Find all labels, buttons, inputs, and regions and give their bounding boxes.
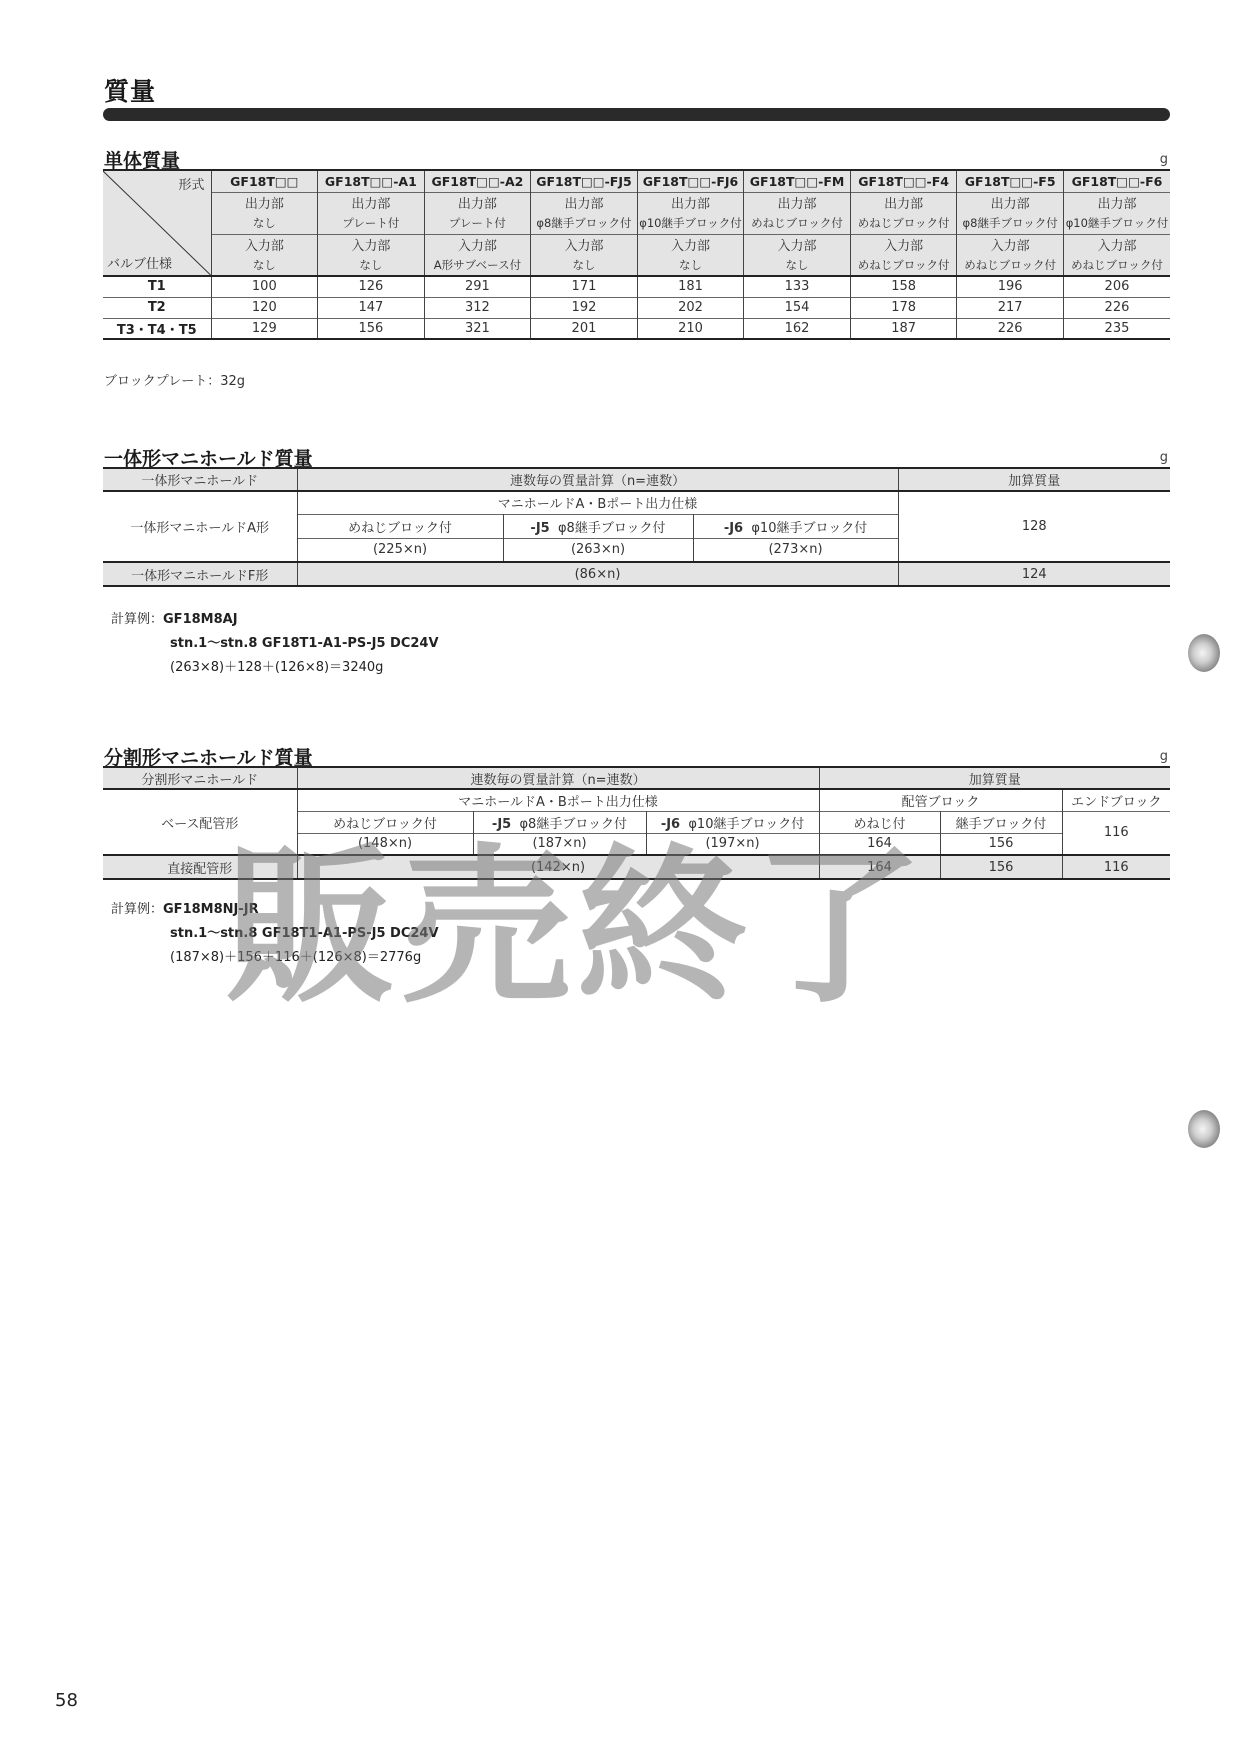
weight-value: 178 (850, 297, 957, 318)
weight-value: 321 (424, 318, 531, 339)
model-header-6: GF18T□□-F4 (850, 170, 957, 192)
header-additional-weight: 加算質量 (819, 767, 1170, 789)
weight-value: 129 (211, 318, 318, 339)
integrated-example-line1: 計算例：GF18M8AJ (111, 608, 238, 627)
table-row: T2120147312192202154178217226 (103, 297, 1170, 318)
weight-value: 156 (318, 318, 425, 339)
formula-j5: (263×n) (503, 538, 693, 562)
output-spec-4: φ10継手ブロック付 (637, 213, 744, 234)
formula-j6: (273×n) (693, 538, 898, 562)
weight-value: 206 (1063, 276, 1170, 297)
integrated-manifold-table: 一体形マニホールド 連数毎の質量計算（n=連数） 加算質量 一体形マニホールドA… (103, 467, 1170, 587)
weight-value: 291 (424, 276, 531, 297)
weight-value: 100 (211, 276, 318, 297)
header-calc: 連数毎の質量計算（n=連数） (297, 468, 898, 491)
table-row: T1100126291171181133158196206 (103, 276, 1170, 297)
corner-header-cell: 形式 バルブ仕様 (103, 170, 211, 276)
option-female-thread: めねじブロック付 (297, 514, 503, 538)
header-manifold-type: 分割形マニホールド (103, 767, 297, 789)
weight-value: 217 (957, 297, 1064, 318)
output-label-4: 出力部 (637, 192, 744, 213)
model-header-2: GF18T□□-A2 (424, 170, 531, 192)
row-a-additional: 128 (898, 491, 1170, 562)
input-spec-1: なし (318, 255, 425, 276)
integrated-example-line2: stn.1～stn.8 GF18T1-A1-PS-J5 DC24V (170, 632, 439, 651)
weight-value: 202 (637, 297, 744, 318)
table-row: T3・T4・T5129156321201210162187226235 (103, 318, 1170, 339)
input-label-8: 入力部 (1063, 234, 1170, 255)
weight-value: 181 (637, 276, 744, 297)
output-label-0: 出力部 (211, 192, 318, 213)
row-direct-female: 164 (819, 855, 940, 879)
corner-bottom-label: バルブ仕様 (107, 253, 172, 272)
input-spec-0: なし (211, 255, 318, 276)
input-spec-8: めねじブロック付 (1063, 255, 1170, 276)
model-header-5: GF18T□□-FM (744, 170, 851, 192)
split-manifold-unit: g (1160, 749, 1168, 764)
row-base-fitting: 156 (940, 833, 1062, 855)
weight-value: 312 (424, 297, 531, 318)
output-label-2: 出力部 (424, 192, 531, 213)
split-example-line3: (187×8)＋156＋116＋(126×8)＝2776g (170, 946, 421, 965)
header-calc: 連数毎の質量計算（n=連数） (297, 767, 819, 789)
weight-value: 201 (531, 318, 638, 339)
input-label-7: 入力部 (957, 234, 1064, 255)
formula-j5: (187×n) (473, 833, 646, 855)
output-spec-2: プレート付 (424, 213, 531, 234)
model-header-8: GF18T□□-F6 (1063, 170, 1170, 192)
end-block-header: エンドブロック (1062, 789, 1170, 811)
output-label-5: 出力部 (744, 192, 851, 213)
weight-value: 126 (318, 276, 425, 297)
weight-value: 162 (744, 318, 851, 339)
output-label-1: 出力部 (318, 192, 425, 213)
valve-spec-label: T1 (103, 276, 211, 297)
row-direct-formula: (142×n) (297, 855, 819, 879)
header-additional-weight: 加算質量 (898, 468, 1170, 491)
weight-value: 133 (744, 276, 851, 297)
valve-spec-label: T3・T4・T5 (103, 318, 211, 339)
output-spec-7: φ8継手ブロック付 (957, 213, 1064, 234)
unit-weight-unit: g (1160, 152, 1168, 167)
title-divider-bar (103, 108, 1170, 121)
block-plate-note: ブロックプレート：32g (104, 370, 245, 389)
weight-value: 210 (637, 318, 744, 339)
option-female-thread: めねじブロック付 (297, 811, 473, 833)
weight-value: 120 (211, 297, 318, 318)
input-label-6: 入力部 (850, 234, 957, 255)
row-a-label: 一体形マニホールドA形 (103, 491, 297, 562)
weight-value: 187 (850, 318, 957, 339)
page-number: 58 (55, 1690, 78, 1711)
port-spec-header: マニホールドA・Bポート出力仕様 (297, 789, 819, 811)
output-spec-8: φ10継手ブロック付 (1063, 213, 1170, 234)
row-base-female: 164 (819, 833, 940, 855)
weight-value: 192 (531, 297, 638, 318)
input-spec-6: めねじブロック付 (850, 255, 957, 276)
formula-j6: (197×n) (646, 833, 819, 855)
weight-value: 226 (1063, 297, 1170, 318)
output-spec-3: φ8継手ブロック付 (531, 213, 638, 234)
output-label-3: 出力部 (531, 192, 638, 213)
header-manifold-type: 一体形マニホールド (103, 468, 297, 491)
row-f-label: 一体形マニホールドF形 (103, 562, 297, 586)
option-j5: -J5 φ8継手ブロック付 (503, 514, 693, 538)
model-header-0: GF18T□□ (211, 170, 318, 192)
split-example-line2: stn.1～stn.8 GF18T1-A1-PS-J5 DC24V (170, 922, 439, 941)
row-direct-end: 116 (1062, 855, 1170, 879)
row-f-formula: (86×n) (297, 562, 898, 586)
input-spec-4: なし (637, 255, 744, 276)
row-direct-fitting: 156 (940, 855, 1062, 879)
output-spec-0: なし (211, 213, 318, 234)
weight-value: 147 (318, 297, 425, 318)
input-label-0: 入力部 (211, 234, 318, 255)
corner-top-label: 形式 (179, 174, 205, 193)
input-spec-2: A形サブベース付 (424, 255, 531, 276)
row-base-end: 116 (1062, 811, 1170, 855)
option-j6: -J6 φ10継手ブロック付 (693, 514, 898, 538)
option-j5: -J5 φ8継手ブロック付 (473, 811, 646, 833)
input-spec-3: なし (531, 255, 638, 276)
row-f-additional: 124 (898, 562, 1170, 586)
model-header-7: GF18T□□-F5 (957, 170, 1064, 192)
model-header-3: GF18T□□-FJ5 (531, 170, 638, 192)
output-spec-5: めねじブロック付 (744, 213, 851, 234)
input-spec-7: めねじブロック付 (957, 255, 1064, 276)
row-base-label: ベース配管形 (103, 789, 297, 855)
input-label-1: 入力部 (318, 234, 425, 255)
input-label-3: 入力部 (531, 234, 638, 255)
formula-female-thread: (225×n) (297, 538, 503, 562)
weight-value: 235 (1063, 318, 1170, 339)
model-header-1: GF18T□□-A1 (318, 170, 425, 192)
integrated-example-line3: (263×8)＋128＋(126×8)＝3240g (170, 656, 383, 675)
output-spec-1: プレート付 (318, 213, 425, 234)
piping-female-header: めねじ付 (819, 811, 940, 833)
output-spec-6: めねじブロック付 (850, 213, 957, 234)
split-example-line1: 計算例：GF18M8NJ-JR (111, 898, 259, 917)
input-spec-5: なし (744, 255, 851, 276)
weight-value: 226 (957, 318, 1064, 339)
binder-hole-icon (1188, 1110, 1220, 1148)
piping-block-header: 配管ブロック (819, 789, 1062, 811)
valve-spec-label: T2 (103, 297, 211, 318)
piping-fitting-header: 継手ブロック付 (940, 811, 1062, 833)
input-label-5: 入力部 (744, 234, 851, 255)
model-header-4: GF18T□□-FJ6 (637, 170, 744, 192)
output-label-8: 出力部 (1063, 192, 1170, 213)
output-label-6: 出力部 (850, 192, 957, 213)
weight-value: 158 (850, 276, 957, 297)
formula-female-thread: (148×n) (297, 833, 473, 855)
integrated-manifold-unit: g (1160, 450, 1168, 465)
weight-value: 154 (744, 297, 851, 318)
input-label-2: 入力部 (424, 234, 531, 255)
output-label-7: 出力部 (957, 192, 1064, 213)
unit-weight-table: 形式 バルブ仕様 GF18T□□GF18T□□-A1GF18T□□-A2GF18… (103, 169, 1170, 340)
option-j6: -J6 φ10継手ブロック付 (646, 811, 819, 833)
row-direct-label: 直接配管形 (103, 855, 297, 879)
split-manifold-table: 分割形マニホールド 連数毎の質量計算（n=連数） 加算質量 ベース配管形 マニホ… (103, 766, 1170, 880)
weight-value: 196 (957, 276, 1064, 297)
weight-value: 171 (531, 276, 638, 297)
input-label-4: 入力部 (637, 234, 744, 255)
page-title: 質量 (104, 72, 156, 108)
port-spec-header: マニホールドA・Bポート出力仕様 (297, 491, 898, 514)
binder-hole-icon (1188, 634, 1220, 672)
